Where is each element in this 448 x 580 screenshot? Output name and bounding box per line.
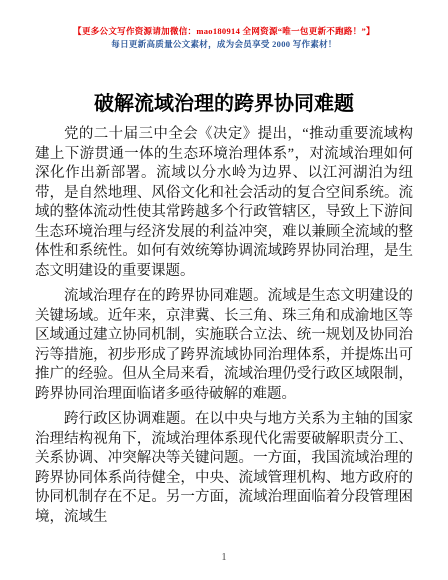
document-title: 破解流域治理的跨界协同难题 <box>0 87 448 116</box>
promo-line-1: 【更多公文写作资源请加微信：mao180914 全网资源“唯一包更新不跑路！”】 <box>0 25 448 38</box>
paragraph-2: 流域治理存在的跨界协同难题。流域是生态文明建设的关键场域。近年来，京津冀、长三角… <box>35 287 413 404</box>
paragraph-3: 跨行政区协调难题。在以中央与地方关系为主轴的国家治理结构视角下，流域治理体系现代… <box>35 410 413 527</box>
promo-line-2: 每日更新高质量公文素材，成为会员享受 2000 写作素材！ <box>0 38 448 51</box>
promo-header: 【更多公文写作资源请加微信：mao180914 全网资源“唯一包更新不跑路！”】… <box>0 0 448 51</box>
page-number: 1 <box>0 552 448 563</box>
document-body: 党的二十届三中全会《决定》提出，“推动重要流域构建上下游贯通一体的生态环境治理体… <box>0 125 448 527</box>
paragraph-1: 党的二十届三中全会《决定》提出，“推动重要流域构建上下游贯通一体的生态环境治理体… <box>35 125 413 281</box>
document-page: 【更多公文写作资源请加微信：mao180914 全网资源“唯一包更新不跑路！”】… <box>0 0 448 580</box>
